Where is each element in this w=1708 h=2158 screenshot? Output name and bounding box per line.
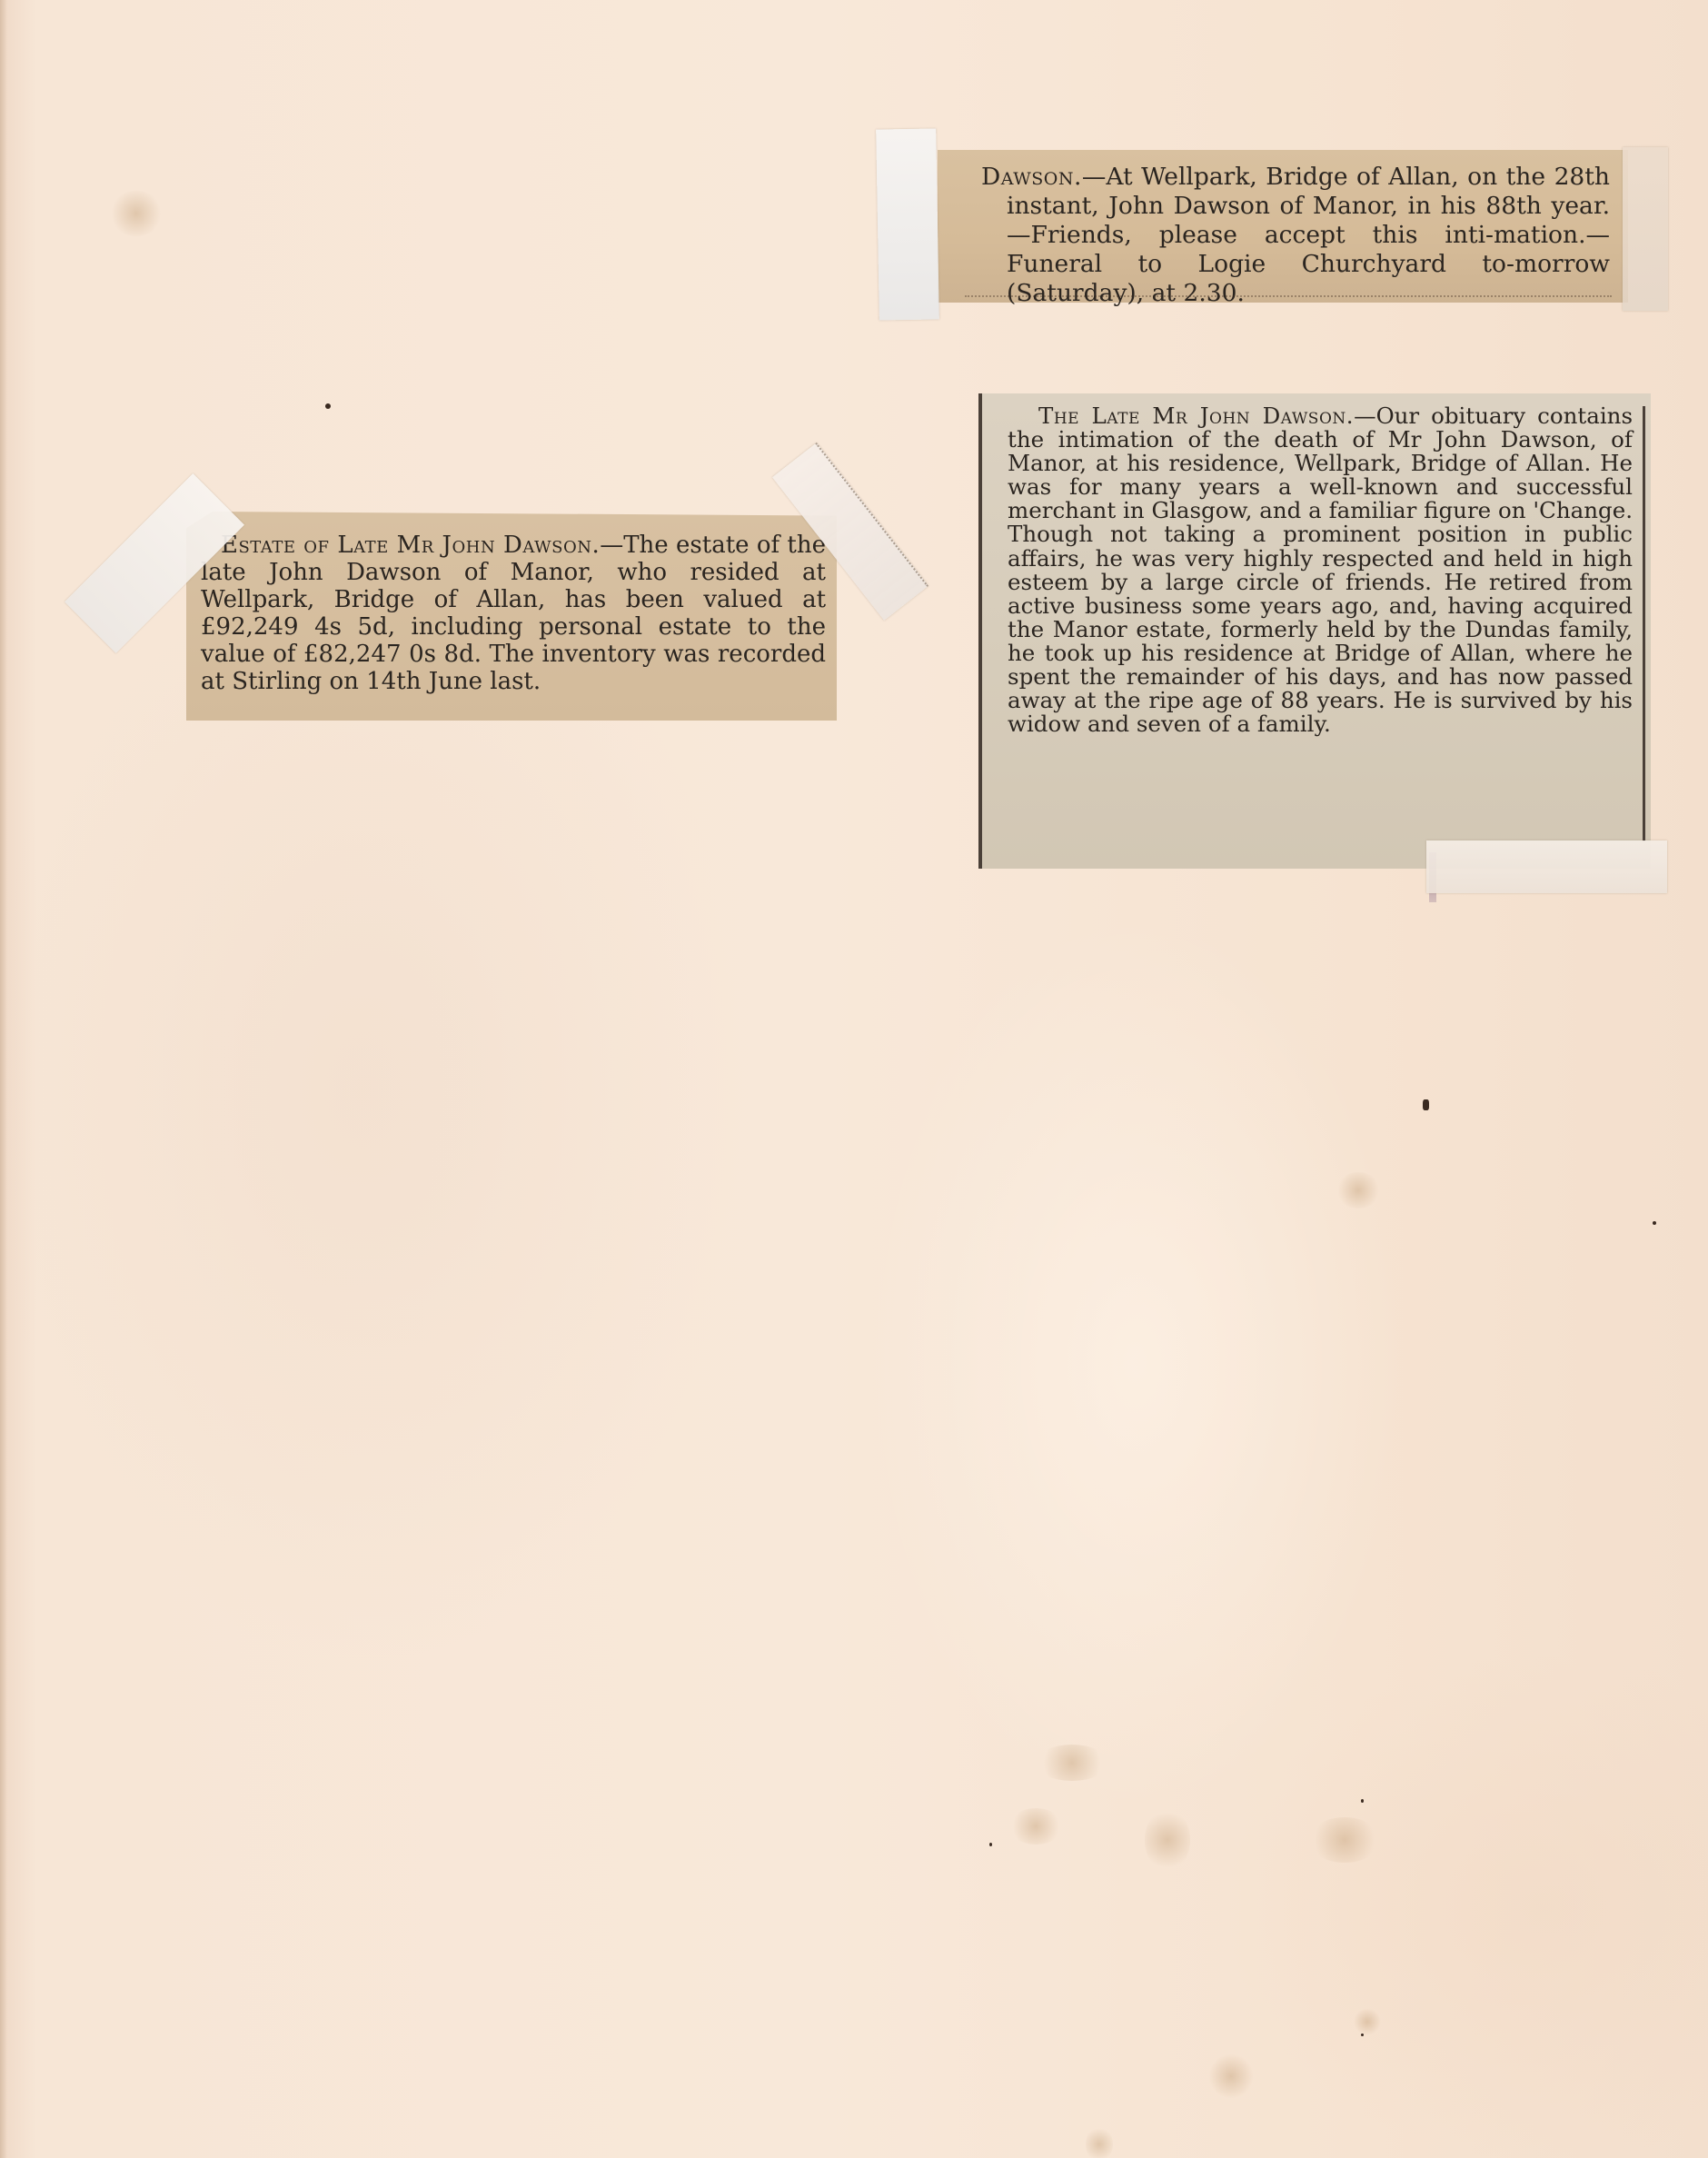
estate-heading: Estate of Late Mr John Dawson. xyxy=(221,532,600,559)
speck xyxy=(989,1843,992,1846)
obituary-clipping: The Late Mr John Dawson.—Our obituary co… xyxy=(978,393,1651,869)
foxing-stain xyxy=(1308,1817,1381,1863)
obituary-heading: The Late Mr John Dawson. xyxy=(1038,403,1354,429)
foxing-stain xyxy=(1354,2008,1381,2035)
column-rule xyxy=(1643,406,1645,841)
foxing-stain xyxy=(1008,1808,1063,1845)
tape-strip xyxy=(1426,840,1667,893)
foxing-stain xyxy=(109,191,164,236)
foxing-stain xyxy=(1145,1808,1190,1872)
estate-text: Estate of Late Mr John Dawson.—The estat… xyxy=(201,532,826,695)
speck xyxy=(1361,2034,1364,2036)
speck xyxy=(1653,1221,1656,1225)
death-notice-heading: Dawson. xyxy=(981,163,1082,191)
foxing-stain xyxy=(1086,2126,1113,2158)
obituary-text: The Late Mr John Dawson.—Our obituary co… xyxy=(1008,404,1633,736)
page-edge xyxy=(0,0,7,2158)
foxing-stain xyxy=(1336,1172,1381,1208)
death-notice-clipping: Dawson.—At Wellpark, Bridge of Allan, on… xyxy=(938,150,1628,303)
speck xyxy=(325,403,331,409)
tape-strip xyxy=(1623,147,1668,311)
foxing-stain xyxy=(1036,1745,1108,1781)
death-notice-text: Dawson.—At Wellpark, Bridge of Allan, on… xyxy=(981,163,1610,308)
tape-strip xyxy=(876,128,939,320)
column-rule xyxy=(965,293,1612,297)
foxing-stain xyxy=(1208,2054,1254,2099)
speck xyxy=(1361,1799,1364,1803)
speck xyxy=(1423,1099,1429,1110)
estate-clipping: Estate of Late Mr John Dawson.—The estat… xyxy=(186,512,837,721)
scrapbook-page: Dawson.—At Wellpark, Bridge of Allan, on… xyxy=(0,0,1708,2158)
